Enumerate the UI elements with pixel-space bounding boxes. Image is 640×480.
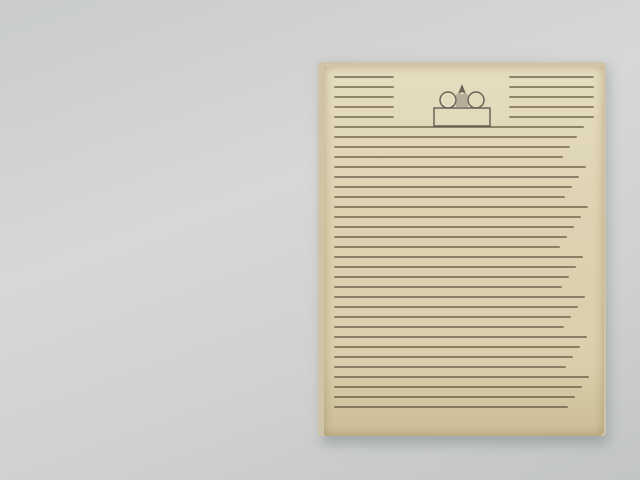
script-line — [334, 236, 567, 238]
script-line — [509, 86, 594, 88]
script-line — [334, 276, 569, 278]
script-line — [334, 366, 566, 368]
script-line — [334, 396, 575, 398]
script-line — [334, 356, 573, 358]
script-line — [334, 146, 570, 148]
script-line — [334, 266, 576, 268]
script-line — [334, 306, 578, 308]
script-line — [334, 116, 394, 118]
script-line — [334, 96, 394, 98]
script-line — [334, 386, 582, 388]
script-line — [334, 206, 588, 208]
script-line — [509, 116, 594, 118]
script-line — [334, 126, 584, 128]
script-line — [509, 96, 594, 98]
script-line — [334, 256, 583, 258]
script-line — [509, 76, 594, 78]
script-line — [334, 76, 394, 78]
handwritten-text — [334, 70, 599, 420]
script-line — [334, 406, 568, 408]
script-line — [334, 296, 585, 298]
script-line — [334, 346, 580, 348]
script-line — [334, 226, 574, 228]
script-line — [334, 156, 563, 158]
script-line — [334, 196, 565, 198]
script-line — [334, 286, 562, 288]
script-line — [334, 246, 560, 248]
script-line — [334, 106, 394, 108]
script-line — [334, 336, 587, 338]
script-line — [334, 376, 589, 378]
script-line — [334, 176, 579, 178]
script-line — [334, 326, 564, 328]
script-line — [509, 106, 594, 108]
script-line — [334, 86, 394, 88]
script-line — [334, 136, 577, 138]
script-line — [334, 216, 581, 218]
script-line — [334, 316, 571, 318]
script-line — [334, 166, 586, 168]
script-line — [334, 186, 572, 188]
